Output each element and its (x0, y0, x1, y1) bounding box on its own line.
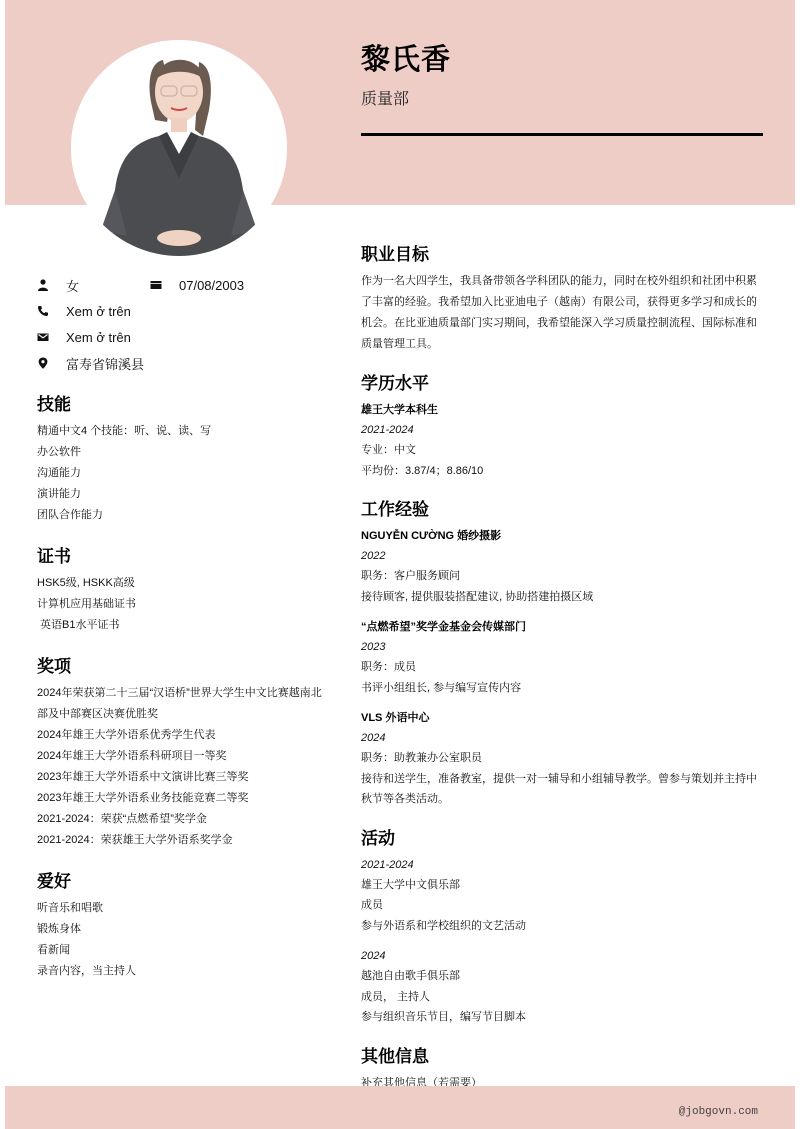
location-pin-icon (37, 357, 49, 369)
experience-date: 2024 (361, 728, 766, 748)
experience-position: 职务：客户服务顾问 (361, 566, 766, 587)
hobbies-section: 爱好 听音乐和唱歌 锻炼身体 看新闻 录音内容，当主持人 (37, 867, 337, 982)
contact-row-email: Xem ở trên (37, 324, 337, 350)
award-item: 2021-2024：荣获雄王大学外语系奖学金 (37, 830, 337, 851)
experience-entry: VLS 外语中心 2024 职务：助教兼办公室职员 接待和送学生，准备教室，提供… (361, 708, 766, 810)
activity-entry: 2021-2024 雄王大学中文俱乐部 成员 参与外语系和学校组织的文艺活动 (361, 855, 766, 937)
awards-title: 奖项 (37, 652, 337, 677)
activity-date: 2021-2024 (361, 855, 766, 875)
experience-org: VLS 外语中心 (361, 708, 766, 728)
skill-item: 精通中文4 个技能：听、说、读、写 (37, 421, 337, 442)
education-date: 2021-2024 (361, 420, 766, 440)
activity-org: 雄王大学中文俱乐部 (361, 875, 766, 896)
skills-section: 技能 精通中文4 个技能：听、说、读、写 办公软件 沟通能力 演讲能力 团队合作… (37, 390, 337, 526)
activity-role: 成员， 主持人 (361, 987, 766, 1008)
activity-entry: 2024 越池自由歌手俱乐部 成员， 主持人 参与组织音乐节目，编写节目脚本 (361, 946, 766, 1028)
profile-photo (71, 40, 287, 256)
experience-position: 职务：成员 (361, 657, 766, 678)
experience-date: 2023 (361, 637, 766, 657)
mail-icon (37, 331, 49, 343)
contact-row-address: 富寿省锦溪县 (37, 350, 337, 376)
activity-date: 2024 (361, 946, 766, 966)
skill-item: 演讲能力 (37, 484, 337, 505)
phone-icon (37, 305, 49, 317)
hobby-item: 看新闻 (37, 940, 337, 961)
footer-watermark[interactable]: @jobgovn.com (679, 1106, 758, 1118)
contact-row-gender-birthday: 女 07/08/2003 (37, 272, 337, 298)
award-item: 2024年荣获第二十三届“汉语桥”世界大学生中文比赛越南北部及中部赛区决赛优胜奖 (37, 683, 327, 725)
user-icon (37, 279, 49, 291)
activity-desc: 参与外语系和学校组织的文艺活动 (361, 916, 766, 937)
experience-section: 工作经验 NGUYỄN CƯỜNG 婚纱摄影 2022 职务：客户服务顾问 接待… (361, 495, 766, 810)
objective-text: 作为一名大四学生，我具备带领各学科团队的能力，同时在校外组织和社团中积累了丰富的… (361, 271, 766, 355)
email-value[interactable]: Xem ở trên (66, 330, 131, 345)
activity-org: 越池自由歌手俱乐部 (361, 966, 766, 987)
certificates-title: 证书 (37, 542, 337, 567)
experience-org: “点燃希望”奖学金基金会传媒部门 (361, 617, 766, 637)
portrait-image (71, 40, 287, 256)
hobby-item: 锻炼身体 (37, 919, 337, 940)
calendar-icon (150, 279, 162, 291)
hobby-item: 听音乐和唱歌 (37, 898, 337, 919)
name-divider (361, 133, 763, 136)
right-column: 职业目标 作为一名大四学生，我具备带领各学科团队的能力，同时在校外组织和社团中积… (361, 240, 766, 1107)
hobbies-title: 爱好 (37, 867, 337, 892)
objective-section: 职业目标 作为一名大四学生，我具备带领各学科团队的能力，同时在校外组织和社团中积… (361, 240, 766, 355)
experience-desc: 书评小组组长, 参与编写宣传内容 (361, 678, 766, 699)
objective-title: 职业目标 (361, 240, 766, 265)
award-item: 2024年雄王大学外语系优秀学生代表 (37, 725, 337, 746)
education-school: 雄王大学本科生 (361, 400, 766, 420)
experience-desc: 接待顾客, 提供服装搭配建议, 协助搭建拍摄区域 (361, 587, 766, 608)
awards-section: 奖项 2024年荣获第二十三届“汉语桥”世界大学生中文比赛越南北部及中部赛区决赛… (37, 652, 337, 851)
experience-title: 工作经验 (361, 495, 766, 520)
activities-title: 活动 (361, 824, 766, 849)
experience-date: 2022 (361, 546, 766, 566)
activity-role: 成员 (361, 895, 766, 916)
education-title: 学历水平 (361, 369, 766, 394)
skill-item: 沟通能力 (37, 463, 337, 484)
contact-row-phone: Xem ở trên (37, 298, 337, 324)
birthday-value: 07/08/2003 (179, 278, 244, 293)
award-item: 2024年雄王大学外语系科研项目一等奖 (37, 746, 337, 767)
activity-desc: 参与组织音乐节目，编写节目脚本 (361, 1007, 766, 1028)
skill-item: 办公软件 (37, 442, 337, 463)
certificate-item: HSK5级, HSKK高级 (37, 573, 337, 594)
skills-title: 技能 (37, 390, 337, 415)
address-value: 富寿省锦溪县 (66, 354, 144, 373)
certificate-item: 计算机应用基础证书 (37, 594, 337, 615)
candidate-name: 黎氏香 (361, 37, 451, 78)
certificate-item: 英语B1水平证书 (37, 615, 337, 636)
experience-entry: “点燃希望”奖学金基金会传媒部门 2023 职务：成员 书评小组组长, 参与编写… (361, 617, 766, 698)
contact-block: 女 07/08/2003 Xem ở trên Xem ở trên 富寿省锦溪… (37, 272, 337, 376)
education-section: 学历水平 雄王大学本科生 2021-2024 专业：中文 平均份：3.87/4；… (361, 369, 766, 481)
education-gpa: 平均份：3.87/4；8.86/10 (361, 461, 766, 482)
award-item: 2023年雄王大学外语系中文演讲比赛三等奖 (37, 767, 337, 788)
experience-position: 职务：助教兼办公室职员 (361, 748, 766, 769)
gender-value: 女 (66, 276, 79, 295)
skill-item: 团队合作能力 (37, 505, 337, 526)
experience-entry: NGUYỄN CƯỜNG 婚纱摄影 2022 职务：客户服务顾问 接待顾客, 提… (361, 526, 766, 607)
certificates-section: 证书 HSK5级, HSKK高级 计算机应用基础证书 英语B1水平证书 (37, 542, 337, 636)
phone-value[interactable]: Xem ở trên (66, 304, 131, 319)
experience-desc: 接待和送学生，准备教室，提供一对一辅导和小组辅导教学。曾参与策划并主持中秋节等各… (361, 769, 766, 810)
experience-org: NGUYỄN CƯỜNG 婚纱摄影 (361, 526, 766, 546)
left-column: 女 07/08/2003 Xem ở trên Xem ở trên 富寿省锦溪… (37, 272, 337, 982)
hobby-item: 录音内容，当主持人 (37, 961, 337, 982)
activities-section: 活动 2021-2024 雄王大学中文俱乐部 成员 参与外语系和学校组织的文艺活… (361, 824, 766, 1028)
other-info-title: 其他信息 (361, 1042, 766, 1067)
candidate-role: 质量部 (361, 86, 409, 109)
award-item: 2021-2024：荣获“点燃希望”奖学金 (37, 809, 337, 830)
footer-band: @jobgovn.com (5, 1086, 795, 1129)
education-major: 专业：中文 (361, 440, 766, 461)
award-item: 2023年雄王大学外语系业务技能竞赛二等奖 (37, 788, 337, 809)
